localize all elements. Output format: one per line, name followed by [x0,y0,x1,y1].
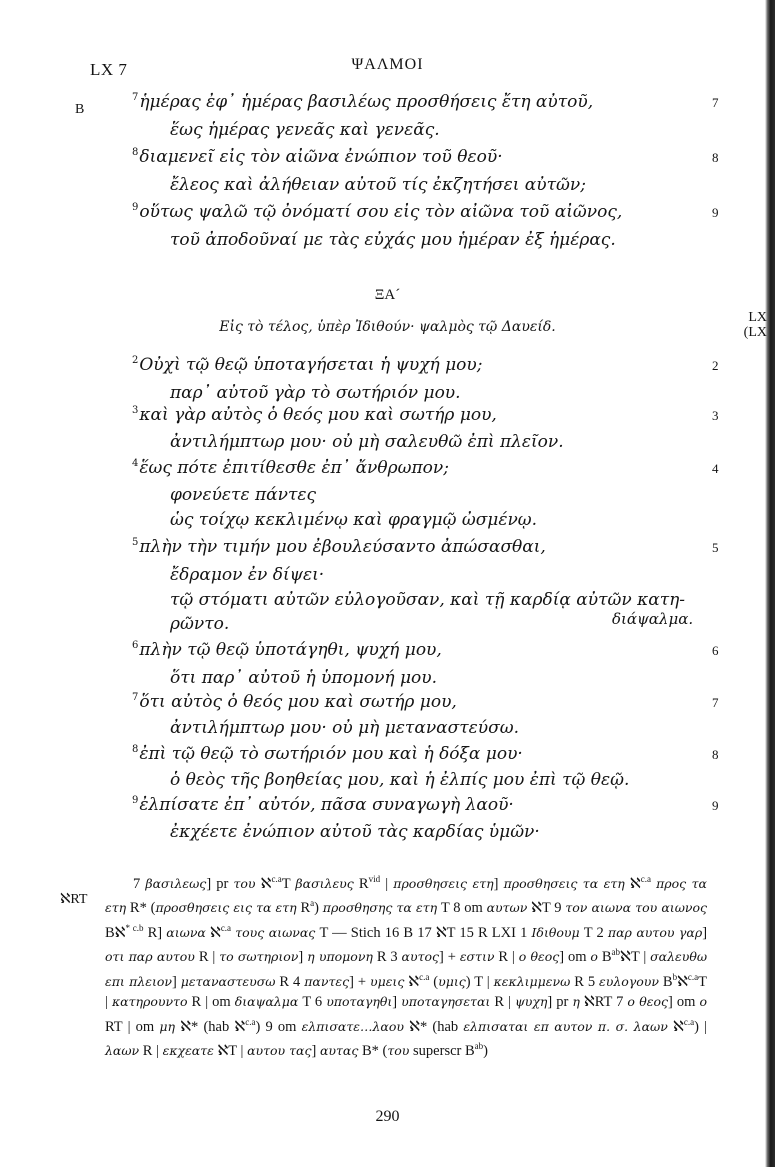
apparatus-text: ℵT | [620,949,650,965]
apparatus-siglum-superscript: vid [369,874,381,884]
apparatus-text: ℵ [256,876,272,892]
verse-number: 2 [132,355,138,366]
verse-number: 6 [132,640,138,651]
verse-number: 8 [132,147,138,158]
verse-text: τῷ στόματι αὐτῶν εὐλογοῦσαν, καὶ τῇ καρδ… [170,590,685,610]
apparatus-text: ℵ [206,925,221,941]
running-head-title: ΨΑΛΜΟΙ [0,56,775,74]
apparatus-greek-reading: εστιν [460,949,495,964]
apparatus-text: Bℵ [105,925,125,941]
verse-text: ρῶντο. [170,614,229,634]
verse-number: 7 [132,692,138,703]
apparatus-greek-reading: τους αιωνας [235,925,315,940]
psalm-superscription: Εἰς τὸ τέλος, ὑπὲρ Ἰδιθούν· ψαλμὸς τῷ Δα… [0,319,775,335]
apparatus-sigla: ℵRT [60,891,87,908]
page-binding-edge [765,0,775,1167]
apparatus-text: R* ( [126,900,155,916]
verse-text: ἀντιλήμπτωρ μου· οὐ μὴ μεταναστεύσω. [170,718,519,738]
verse-text: καὶ γὰρ αὐτὸς ὁ θεός μου καὶ σωτήρ μου, [139,405,496,425]
apparatus-text: | [380,876,393,892]
apparatus-text: R 4 [275,974,304,990]
margin-verse-number: 6 [712,643,719,659]
margin-ref-line-1: LX [737,310,767,325]
apparatus-text: ] [702,925,707,941]
margin-verse-number: 8 [712,747,719,763]
apparatus-text: T 6 [298,994,326,1010]
verse-line: 8ἐπὶ τῷ θεῷ τὸ σωτήριόν μου καὶ ἡ δόξα μ… [132,744,523,764]
verse-number: 3 [132,405,138,416]
apparatus-greek-reading: διαψαλμα [235,994,299,1009]
verse-line: 8διαμενεῖ εἰς τὸν αἰῶνα ἐνώπιον τοῦ θεοῦ… [132,147,503,167]
verse-text: παρ᾽ αὐτοῦ γὰρ τὸ σωτήριόν μου. [170,383,461,403]
apparatus-greek-reading: η υπομονη [307,949,373,964]
verse-line: ἕως ἡμέρας γενεᾶς καὶ γενεᾶς. [170,120,440,140]
apparatus-siglum-superscript: * c.b [125,923,143,933]
apparatus-greek-reading: υμις [438,974,466,989]
page-number: 290 [0,1108,775,1126]
apparatus-text: ] + [439,949,460,965]
apparatus-text: R [354,876,369,892]
apparatus-greek-reading: υποταγησεται [401,994,490,1009]
apparatus-text: R | om [188,994,235,1010]
verse-number: 4 [132,458,138,469]
apparatus-greek-reading: τον αιωνα του αιωνος [565,900,707,915]
verse-line: ρῶντο. [170,614,229,634]
apparatus-siglum-superscript: c.a [271,874,281,884]
verse-text: ἔλεος καὶ ἀλήθειαν αὐτοῦ τίς ἐκζητήσει α… [170,175,586,195]
verse-text: τοῦ ἀποδοῦναί με τὰς εὐχάς μου ἡμέραν ἐξ… [170,230,616,250]
apparatus-siglum-superscript: c.a [245,1017,255,1027]
apparatus-text: ) [483,1043,488,1059]
apparatus-text: R | [490,994,515,1010]
apparatus-text: ℵ* (hab [404,1019,463,1035]
apparatus-text: ) | [694,1019,707,1035]
verse-line: 2Οὐχὶ τῷ θεῷ ὑποταγήσεται ἡ ψυχή μου; [132,355,482,375]
apparatus-siglum-superscript: c.a [419,972,429,982]
apparatus-text: ] [494,876,504,892]
apparatus-siglum-superscript: ab [475,1041,484,1051]
apparatus-siglum-superscript: c.a [641,874,651,884]
margin-verse-number: 2 [712,358,719,374]
verse-text: ἕως ἡμέρας γενεᾶς καὶ γενεᾶς. [170,120,440,140]
apparatus-text: R 3 [373,949,402,965]
verse-line: 4ἕως πότε ἐπιτίθεσθε ἐπ᾽ ἄνθρωπον; [132,458,449,478]
apparatus-greek-reading: παντες [304,974,349,989]
verse-text: πλὴν τὴν τιμήν μου ἐβουλεύσαντο ἀπώσασθα… [139,537,545,557]
apparatus-greek-reading: ο θεος [519,949,560,964]
manuscript-sigla-margin: B [75,102,84,118]
verse-line: φονεύετε πάντες [170,485,316,505]
apparatus-greek-reading: το σωτηριον [219,949,298,964]
apparatus-text: ] om [668,994,699,1010]
apparatus-greek-reading: του [233,876,255,891]
apparatus-greek-reading: οτι παρ αυτου [105,949,195,964]
margin-verse-number: 7 [712,95,719,111]
verse-number: 7 [132,92,138,103]
apparatus-siglum-superscript: c.a [221,923,231,933]
apparatus-text: ] [298,949,307,965]
verse-line: ὡς τοίχῳ κεκλιμένῳ καὶ φραγμῷ ὠσμένῳ. [170,510,537,530]
verse-line: 9ἐλπίσατε ἐπ᾽ αὐτόν, πᾶσα συναγωγὴ λαοῦ· [132,795,514,815]
apparatus-greek-reading: Ιδιθουμ [531,925,579,940]
apparatus-text: R 5 [570,974,599,990]
apparatus-siglum-superscript: c.a [688,972,698,982]
apparatus-greek-reading: ελπισατε…λαου [302,1019,404,1034]
selah-marker: διάψαλμα. [612,610,693,628]
apparatus-text: ℵT 9 [527,900,565,916]
apparatus-greek-reading: ο θεος [627,994,668,1009]
apparatus-greek-reading: βασιλευς [295,876,353,891]
apparatus-greek-reading: λαων [105,1043,139,1058]
apparatus-greek-reading: ευλογουν [599,974,659,989]
verse-text: οὕτως ψαλῶ τῷ ὀνόματί σου εἰς τὸν αἰῶνα … [139,202,622,222]
apparatus-text: ℵ [625,876,641,892]
apparatus-greek-reading: προσθησης τα ετη [323,900,437,915]
apparatus-text: B* ( [358,1043,387,1059]
verse-line: 7ὅτι αὐτὸς ὁ θεός μου καὶ σωτήρ μου, [132,692,457,712]
margin-verse-number: 5 [712,540,719,556]
verse-number: 8 [132,744,138,755]
apparatus-text: R | [195,949,219,965]
apparatus-greek-reading: κεκλιμμενω [494,974,571,989]
apparatus-greek-reading: βασιλεως [145,876,206,891]
margin-psalm-reference: LX (LX [737,310,767,340]
apparatus-text: ] [392,994,401,1010]
apparatus-text: T — Stich 16 B 17 ℵT 15 R LXI 1 [315,925,531,941]
verse-line: 6πλὴν τῷ θεῷ ὑποτάγηθι, ψυχή μου, [132,640,442,660]
apparatus-greek-reading: η [572,994,580,1009]
critical-apparatus: 7 βασιλεως] pr του ℵc.aT βασιλευς Rvid |… [105,870,707,1062]
apparatus-text: R | [494,949,518,965]
apparatus-greek-reading: προσθησεις εις τα ετη [155,900,296,915]
verse-text: διαμενεῖ εἰς τὸν αἰῶνα ἐνώπιον τοῦ θεοῦ· [139,147,502,167]
apparatus-greek-reading: αυτων [487,900,528,915]
verse-number: 9 [132,795,138,806]
apparatus-text: ] pr [206,876,233,892]
verse-text: ὡς τοίχῳ κεκλιμένῳ καὶ φραγμῷ ὠσμένῳ. [170,510,537,530]
verse-text: ἐλπίσατε ἐπ᾽ αὐτόν, πᾶσα συναγωγὴ λαοῦ· [139,795,513,815]
apparatus-greek-reading: του [387,1043,409,1058]
verse-text: ἐκχέετε ἐνώπιον αὐτοῦ τὰς καρδίας ὑμῶν· [170,822,540,842]
apparatus-text: B [659,974,673,990]
margin-verse-number: 7 [712,695,719,711]
margin-verse-number: 8 [712,150,719,166]
verse-text: πλὴν τῷ θεῷ ὑποτάγηθι, ψυχή μου, [139,640,441,660]
verse-text: ἐπὶ τῷ θεῷ τὸ σωτήριόν μου καὶ ἡ δόξα μο… [139,744,522,764]
apparatus-text: ℵ* (hab ℵ [175,1019,245,1035]
apparatus-text: ) [314,900,323,916]
apparatus-greek-reading: αυτας [320,1043,358,1058]
verse-line: ἀντιλήμπτωρ μου· οὐ μὴ μεταναστεύσω. [170,718,519,738]
verse-text: φονεύετε πάντες [170,485,316,505]
apparatus-greek-reading: αυτος [402,949,439,964]
apparatus-text: T 2 [580,925,608,941]
apparatus-text: R [297,900,310,916]
apparatus-greek-reading: μη [159,1019,175,1034]
verse-line: 3καὶ γὰρ αὐτὸς ὁ θεός μου καὶ σωτήρ μου, [132,405,497,425]
verse-line: τῷ στόματι αὐτῶν εὐλογοῦσαν, καὶ τῇ καρδ… [170,590,685,610]
margin-verse-number: 9 [712,205,719,221]
apparatus-greek-reading: κατηρουντο [112,994,188,1009]
verse-text: ἕως πότε ἐπιτίθεσθε ἐπ᾽ ἄνθρωπον; [139,458,449,478]
apparatus-greek-reading: ο [590,949,598,964]
apparatus-text: ] + [349,974,370,990]
psalm-number-heading: ΞΑ´ [0,287,775,304]
verse-text: ὁ θεὸς τῆς βοηθείας μου, καὶ ἡ ἐλπίς μου… [170,770,629,790]
verse-text: ἡμέρας ἐφ᾽ ἡμέρας βασιλέως προσθήσεις ἔτ… [139,92,593,112]
apparatus-text: ] pr [547,994,572,1010]
apparatus-greek-reading: μεταναστευσω [181,974,276,989]
apparatus-text: R] [144,925,167,941]
apparatus-text: 7 [133,876,145,892]
apparatus-text: ( [429,974,438,990]
verse-line: τοῦ ἀποδοῦναί με τὰς εὐχάς μου ἡμέραν ἐξ… [170,230,616,250]
apparatus-siglum-superscript: c.a [684,1017,694,1027]
verse-line: ἔδραμον ἐν δίψει· [170,565,324,585]
verse-text: Οὐχὶ τῷ θεῷ ὑποταγήσεται ἡ ψυχή μου; [139,355,482,375]
margin-verse-number: 3 [712,408,719,424]
verse-line: παρ᾽ αὐτοῦ γὰρ τὸ σωτήριόν μου. [170,383,461,403]
apparatus-greek-reading: εκχεατε [163,1043,214,1058]
margin-verse-number: 9 [712,798,719,814]
verse-number: 5 [132,537,138,548]
apparatus-greek-reading: αιωνα [166,925,206,940]
verse-line: 9οὕτως ψαλῶ τῷ ὀνόματί σου εἰς τὸν αἰῶνα… [132,202,622,222]
verse-line: ὁ θεὸς τῆς βοηθείας μου, καὶ ἡ ἐλπίς μου… [170,770,629,790]
verse-text: ἔδραμον ἐν δίψει· [170,565,324,585]
apparatus-greek-reading: υποταγηθι [326,994,392,1009]
apparatus-greek-reading: προσθησεις τα ετη [504,876,625,891]
verse-line: 5πλὴν τὴν τιμήν μου ἐβουλεύσαντο ἀπώσασθ… [132,537,546,557]
apparatus-text: ℵ [668,1019,684,1035]
apparatus-text: superscr B [409,1043,474,1059]
margin-verse-number: 4 [712,461,719,477]
apparatus-text: ] om [559,949,590,965]
apparatus-text: ] [311,1043,319,1059]
apparatus-text: ℵT | [214,1043,247,1059]
verse-line: ἐκχέετε ἐνώπιον αὐτοῦ τὰς καρδίας ὑμῶν· [170,822,540,842]
apparatus-text: RT | om [105,1019,159,1035]
verse-line: ἀντιλήμπτωρ μου· οὐ μὴ σαλευθῶ ἐπὶ πλεῖο… [170,432,564,452]
apparatus-greek-reading: αυτου τας [247,1043,311,1058]
apparatus-text: T [282,876,296,892]
apparatus-text: T 8 om [437,900,486,916]
apparatus-greek-reading: υμεις [370,974,404,989]
apparatus-text: ℵ [677,974,688,990]
apparatus-greek-reading: ελπισαται επ αυτον π. σ. λαων [463,1019,668,1034]
verse-line: ὅτι παρ᾽ αὐτοῦ ἡ ὑπομονή μου. [170,668,437,688]
apparatus-text: ] [172,974,181,990]
verse-text: ὅτι παρ᾽ αὐτοῦ ἡ ὑπομονή μου. [170,668,437,688]
apparatus-greek-reading: ψυχη [515,994,547,1009]
verse-line: ἔλεος καὶ ἀλήθειαν αὐτοῦ τίς ἐκζητήσει α… [170,175,586,195]
apparatus-siglum-superscript: ab [612,947,621,957]
apparatus-text: ℵRT 7 [580,994,628,1010]
apparatus-text: ) 9 om [255,1019,301,1035]
apparatus-text: B [598,949,612,965]
apparatus-greek-reading: προσθησεις ετη [393,876,493,891]
apparatus-text: ℵ [404,974,419,990]
apparatus-text: R | [139,1043,162,1059]
verse-text: ὅτι αὐτὸς ὁ θεός μου καὶ σωτήρ μου, [139,692,456,712]
apparatus-greek-reading: ο [699,994,707,1009]
verse-number: 9 [132,202,138,213]
apparatus-text: ) T | [466,974,494,990]
apparatus-greek-reading: παρ αυτου γαρ [608,925,702,940]
verse-text: ἀντιλήμπτωρ μου· οὐ μὴ σαλευθῶ ἐπὶ πλεῖο… [170,432,564,452]
verse-line: 7ἡμέρας ἐφ᾽ ἡμέρας βασιλέως προσθήσεις ἔ… [132,92,593,112]
margin-ref-line-2: (LX [737,325,767,340]
